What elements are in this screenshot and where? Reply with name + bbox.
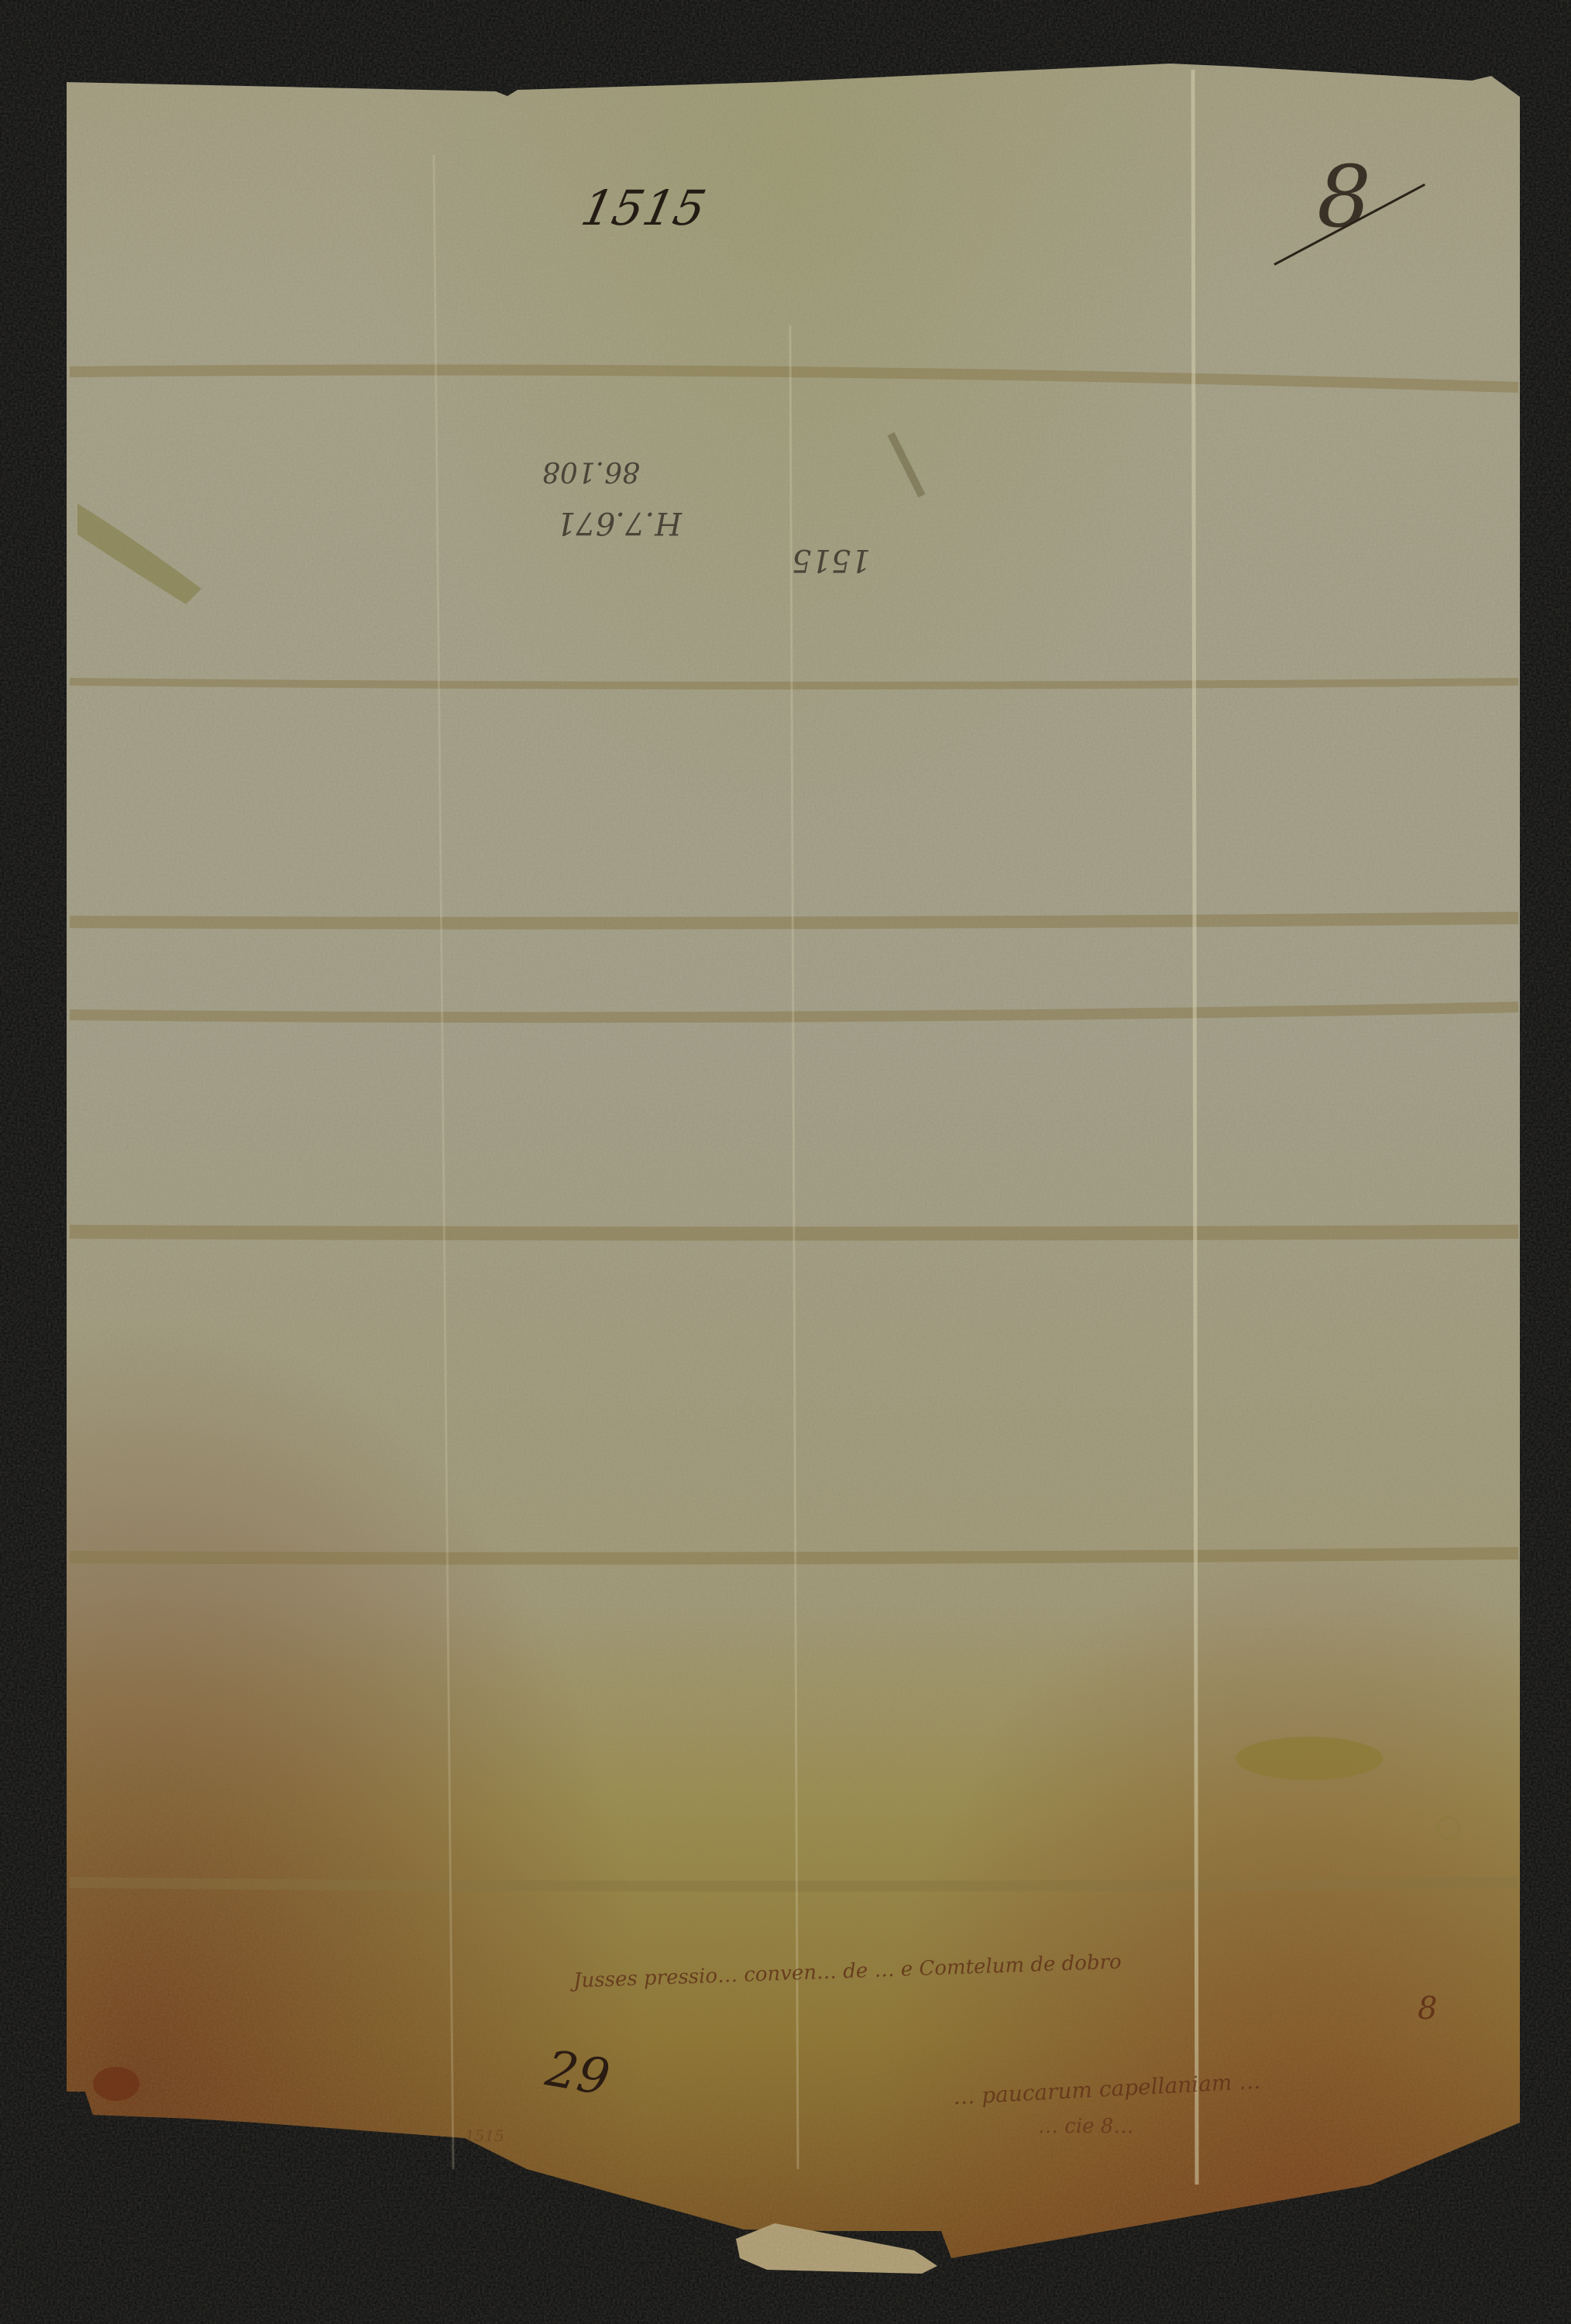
margin-mark-right: 8 xyxy=(1418,1991,1437,2027)
folio-number-annotation: 8 xyxy=(1317,147,1371,246)
year-upside-down: 1515 xyxy=(792,542,871,578)
dorsal-note-line3: … cie 8… xyxy=(1038,2115,1133,2138)
shelfmark-line2: 86.108 xyxy=(542,456,640,487)
shelfmark-line1: H.7.671 xyxy=(556,505,682,541)
faint-bottom-left-mark: 1515 xyxy=(465,2126,504,2145)
margin-mark-left: 29 xyxy=(541,2040,614,2107)
top-year-annotation: 1515 xyxy=(576,180,710,236)
